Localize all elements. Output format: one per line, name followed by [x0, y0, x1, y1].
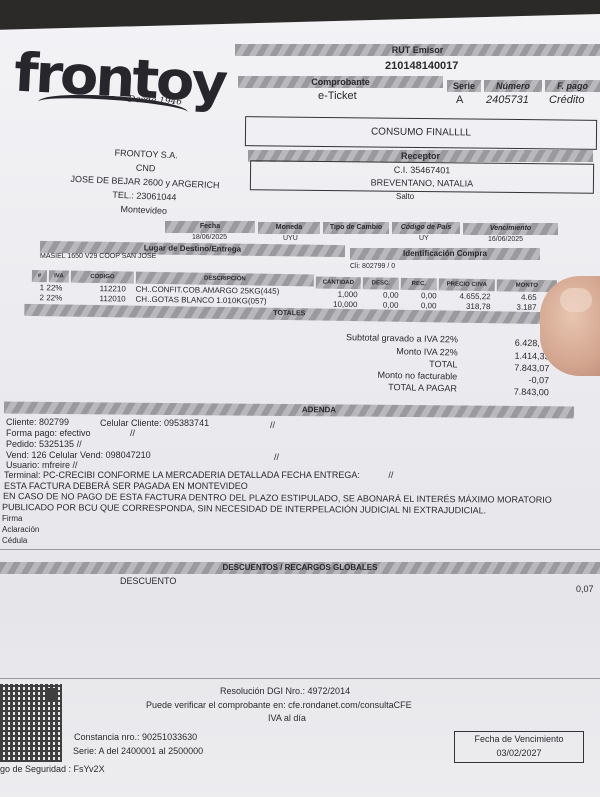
adenda-usuario: Usuario: mfreire // [6, 460, 78, 470]
adenda-firma: Firma [2, 514, 22, 523]
serie-value: A [456, 94, 463, 106]
fpago-label: F. pago [545, 80, 600, 92]
col-desc: DESC. [363, 277, 399, 290]
fecha-vencimiento-box: Fecha de Vencimiento 03/02/2027 [454, 731, 584, 763]
row-n: 1 [40, 283, 45, 292]
comprobante-value: e-Ticket [318, 90, 357, 102]
row-iva: 22% [46, 293, 62, 302]
codigo-pais-label: Código de País [392, 222, 460, 234]
adenda-aclaracion: Aclaración [2, 525, 39, 534]
monto-iva-value: 1.414,33 [490, 350, 550, 361]
col-codigo: CÓDIGO [71, 271, 134, 284]
col-rec: REC. [401, 278, 437, 291]
total-value: 7.843,07 [489, 362, 549, 373]
verificar-url[interactable]: Puede verificar el comprobante en: cfe.r… [146, 700, 412, 710]
serie-rango: Serie: A del 2400001 al 2500000 [73, 746, 203, 756]
adenda-cliente: Cliente: 802799 [6, 417, 69, 427]
comprobante-label: Comprobante [238, 76, 443, 88]
row-cantidad: 1,000 [316, 289, 358, 299]
fecha-venc-label: Fecha de Vencimiento [455, 732, 583, 746]
col-precio: PRECIO C/IVA [439, 278, 495, 291]
row-codigo: 112010 [99, 294, 125, 303]
adenda-vend: Vend: 126 Celular Vend: 098047210 [6, 450, 151, 460]
consumo-box: CONSUMO FINALLLL [245, 116, 597, 150]
adenda-pago-montevideo: ESTA FACTURA DEBERÁ SER PAGADA EN MONTEV… [4, 481, 248, 491]
qr-code[interactable] [0, 684, 62, 762]
descuento-label: DESCUENTO [120, 576, 176, 586]
thumbnail [560, 288, 592, 312]
footer-divider [0, 678, 600, 679]
adenda-terminal: Terminal: PC-CRECIBI CONFORME LA MERCADE… [4, 470, 393, 480]
adenda-sep-4: // [388, 470, 393, 480]
row-monto: 4.65 [497, 292, 537, 302]
ident-compra-value: Cli: 802799 / 0 [350, 263, 395, 270]
row-rec: 0,00 [401, 291, 437, 301]
col-iva: IVA [49, 270, 69, 282]
fecha-value: 18/06/2025 [192, 234, 227, 241]
receptor-name: BREVENTANO, NATALIA [251, 175, 593, 192]
receptor-city: Salto [396, 192, 414, 201]
fecha-venc-value: 03/02/2027 [455, 746, 583, 760]
moneda-label: Moneda [258, 222, 320, 234]
moneda-value: UYU [283, 235, 298, 242]
consumo-text: CONSUMO FINALLLL [246, 117, 596, 149]
vencimiento-value: 16/06/2025 [488, 236, 523, 243]
adenda-forma-pago: Forma pago: efectivo [6, 428, 91, 438]
vencimiento-label: Vencimiento [463, 223, 558, 235]
rut-value: 210148140017 [385, 60, 458, 72]
adenda-pedido: Pedido: 5325135 // [6, 439, 82, 449]
total-pagar-value: 7.843,00 [489, 386, 549, 397]
adenda-sep-3: // [274, 452, 279, 462]
adenda-cedula: Cédula [2, 536, 27, 545]
issuer-block: FRONTOY S.A. CND JOSE DE BEJAR 2600 y AR… [59, 143, 232, 220]
serie-label: Serie [447, 80, 481, 92]
adenda-sep-2: // [130, 428, 135, 438]
terminal-text: Terminal: PC-CRECIBI CONFORME LA MERCADE… [4, 470, 360, 480]
constancia: Constancia nro.: 90251033630 [74, 732, 197, 742]
rut-label: RUT Emisor [235, 44, 600, 56]
numero-label: Número [484, 80, 542, 92]
divider [0, 549, 600, 550]
row-iva: 22% [46, 283, 62, 292]
destino-value: MASIEL 1650 V29 COOP SAN JOSE [40, 253, 156, 260]
codigo-seguridad: go de Seguridad : FsYv2X [0, 764, 105, 774]
fecha-label: Fecha [165, 221, 255, 233]
adenda-sep-1: // [270, 420, 275, 430]
row-n: 2 [39, 293, 44, 302]
descuento-value: 0,07 [576, 584, 594, 594]
numero-value: 2405731 [486, 94, 529, 106]
tipo-cambio-label: Tipo de Cambio [323, 222, 389, 234]
adenda-celular-cliente: Celular Cliente: 095383741 [100, 418, 209, 428]
col-cantidad: CANTIDAD [316, 276, 361, 289]
iva-al-dia: IVA al día [268, 713, 306, 723]
no-facturable-value: -0,07 [489, 374, 549, 385]
resolucion-dgi: Resolución DGI Nro.: 4972/2014 [220, 686, 350, 696]
fpago-value: Crédito [549, 94, 584, 106]
col-n: # [32, 270, 47, 282]
receptor-box: C.I. 35467401 BREVENTANO, NATALIA [250, 160, 594, 194]
row-codigo: 112210 [100, 284, 126, 293]
ident-compra-label: Identificación Compra [350, 248, 540, 260]
adenda-title: ADENDA [302, 405, 336, 414]
descuentos-label: DESCUENTOS / RECARGOS GLOBALES [0, 562, 600, 574]
table-row: 2 22% [39, 293, 62, 302]
row-desc: 0,00 [363, 290, 399, 300]
table-row: 1 22% [40, 283, 63, 292]
row-precio: 4.655,22 [439, 291, 491, 301]
codigo-pais-value: UY [419, 235, 429, 242]
